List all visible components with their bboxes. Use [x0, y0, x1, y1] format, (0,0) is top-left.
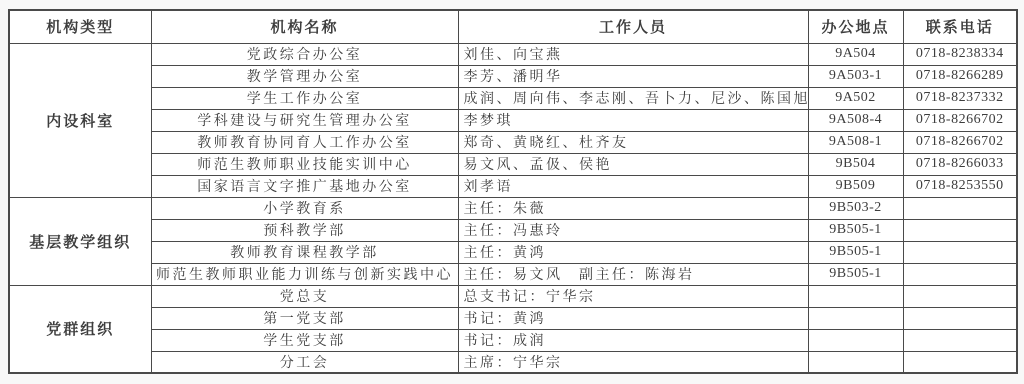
org-name-cell: 学生工作办公室: [151, 87, 458, 109]
table-row: 第一党支部书记：黄鸿: [9, 307, 1017, 329]
table-row: 分工会主席：宁华宗: [9, 351, 1017, 373]
table-row: 党群组织党总支总支书记：宁华宗: [9, 285, 1017, 307]
table-row: 内设科室党政综合办公室刘佳、向宝燕9A5040718-8238334: [9, 43, 1017, 65]
office-location-cell: 9B505-1: [808, 241, 903, 263]
org-name-cell: 教师教育协同育人工作办公室: [151, 131, 458, 153]
staff-cell: 主席：宁华宗: [458, 351, 808, 373]
staff-cell: 主任：易文风 副主任：陈海岩: [458, 263, 808, 285]
org-name-cell: 教学管理办公室: [151, 65, 458, 87]
org-name-cell: 第一党支部: [151, 307, 458, 329]
table-row: 师范生教师职业技能实训中心易文风、孟伋、侯艳9B5040718-8266033: [9, 153, 1017, 175]
office-location-cell: [808, 285, 903, 307]
staff-cell: 李芳、潘明华: [458, 65, 808, 87]
staff-cell: 主任：冯惠玲: [458, 219, 808, 241]
phone-cell: 0718-8253550: [903, 175, 1017, 197]
org-type-group-cell: 基层教学组织: [9, 197, 151, 285]
staff-cell: 李梦琪: [458, 109, 808, 131]
office-location-cell: 9A508-1: [808, 131, 903, 153]
phone-cell: [903, 263, 1017, 285]
phone-cell: [903, 197, 1017, 219]
office-location-cell: 9B504: [808, 153, 903, 175]
table-row: 学生工作办公室成润、周向伟、李志刚、吾卜力、尼沙、陈国旭9A5020718-82…: [9, 87, 1017, 109]
col-header-phone: 联系电话: [903, 10, 1017, 43]
staff-cell: 易文风、孟伋、侯艳: [458, 153, 808, 175]
table-row: 师范生教师职业能力训练与创新实践中心主任：易文风 副主任：陈海岩9B505-1: [9, 263, 1017, 285]
org-name-cell: 师范生教师职业能力训练与创新实践中心: [151, 263, 458, 285]
table-row: 教师教育课程教学部主任：黄鸿9B505-1: [9, 241, 1017, 263]
phone-cell: [903, 241, 1017, 263]
phone-cell: [903, 285, 1017, 307]
phone-cell: [903, 351, 1017, 373]
phone-cell: [903, 219, 1017, 241]
phone-cell: 0718-8266702: [903, 109, 1017, 131]
header-row: 机构类型 机构名称 工作人员 办公地点 联系电话: [9, 10, 1017, 43]
office-location-cell: [808, 329, 903, 351]
org-name-cell: 教师教育课程教学部: [151, 241, 458, 263]
col-header-org-name: 机构名称: [151, 10, 458, 43]
phone-cell: [903, 307, 1017, 329]
org-type-group-cell: 内设科室: [9, 43, 151, 197]
org-name-cell: 学科建设与研究生管理办公室: [151, 109, 458, 131]
office-location-cell: 9B509: [808, 175, 903, 197]
table-row: 教学管理办公室李芳、潘明华9A503-10718-8266289: [9, 65, 1017, 87]
office-location-cell: 9B505-1: [808, 263, 903, 285]
office-location-cell: 9B505-1: [808, 219, 903, 241]
staff-cell: 刘佳、向宝燕: [458, 43, 808, 65]
org-name-cell: 师范生教师职业技能实训中心: [151, 153, 458, 175]
office-location-cell: 9A503-1: [808, 65, 903, 87]
staff-cell: 书记：成润: [458, 329, 808, 351]
office-location-cell: 9A508-4: [808, 109, 903, 131]
table-row: 国家语言文字推广基地办公室刘孝语9B5090718-8253550: [9, 175, 1017, 197]
org-name-cell: 党总支: [151, 285, 458, 307]
phone-cell: 0718-8266033: [903, 153, 1017, 175]
col-header-staff: 工作人员: [458, 10, 808, 43]
table-row: 学生党支部书记：成润: [9, 329, 1017, 351]
org-name-cell: 学生党支部: [151, 329, 458, 351]
org-structure-table: 机构类型 机构名称 工作人员 办公地点 联系电话 内设科室党政综合办公室刘佳、向…: [8, 9, 1018, 374]
org-name-cell: 国家语言文字推广基地办公室: [151, 175, 458, 197]
phone-cell: 0718-8237332: [903, 87, 1017, 109]
phone-cell: [903, 329, 1017, 351]
col-header-org-type: 机构类型: [9, 10, 151, 43]
office-location-cell: 9B503-2: [808, 197, 903, 219]
table-row: 基层教学组织小学教育系主任：朱薇9B503-2: [9, 197, 1017, 219]
table-row: 预科教学部主任：冯惠玲9B505-1: [9, 219, 1017, 241]
phone-cell: 0718-8266289: [903, 65, 1017, 87]
staff-cell: 主任：黄鸿: [458, 241, 808, 263]
office-location-cell: 9A502: [808, 87, 903, 109]
office-location-cell: 9A504: [808, 43, 903, 65]
staff-cell: 主任：朱薇: [458, 197, 808, 219]
office-location-cell: [808, 351, 903, 373]
org-type-group-cell: 党群组织: [9, 285, 151, 373]
table-row: 学科建设与研究生管理办公室李梦琪9A508-40718-8266702: [9, 109, 1017, 131]
org-name-cell: 预科教学部: [151, 219, 458, 241]
staff-cell: 书记：黄鸿: [458, 307, 808, 329]
col-header-office-location: 办公地点: [808, 10, 903, 43]
page: 机构类型 机构名称 工作人员 办公地点 联系电话 内设科室党政综合办公室刘佳、向…: [0, 0, 1024, 384]
org-name-cell: 党政综合办公室: [151, 43, 458, 65]
org-name-cell: 小学教育系: [151, 197, 458, 219]
table-row: 教师教育协同育人工作办公室郑奇、黄晓红、杜齐友9A508-10718-82667…: [9, 131, 1017, 153]
staff-cell: 总支书记：宁华宗: [458, 285, 808, 307]
staff-cell: 成润、周向伟、李志刚、吾卜力、尼沙、陈国旭: [458, 87, 808, 109]
phone-cell: 0718-8238334: [903, 43, 1017, 65]
staff-cell: 刘孝语: [458, 175, 808, 197]
phone-cell: 0718-8266702: [903, 131, 1017, 153]
org-name-cell: 分工会: [151, 351, 458, 373]
office-location-cell: [808, 307, 903, 329]
staff-cell: 郑奇、黄晓红、杜齐友: [458, 131, 808, 153]
